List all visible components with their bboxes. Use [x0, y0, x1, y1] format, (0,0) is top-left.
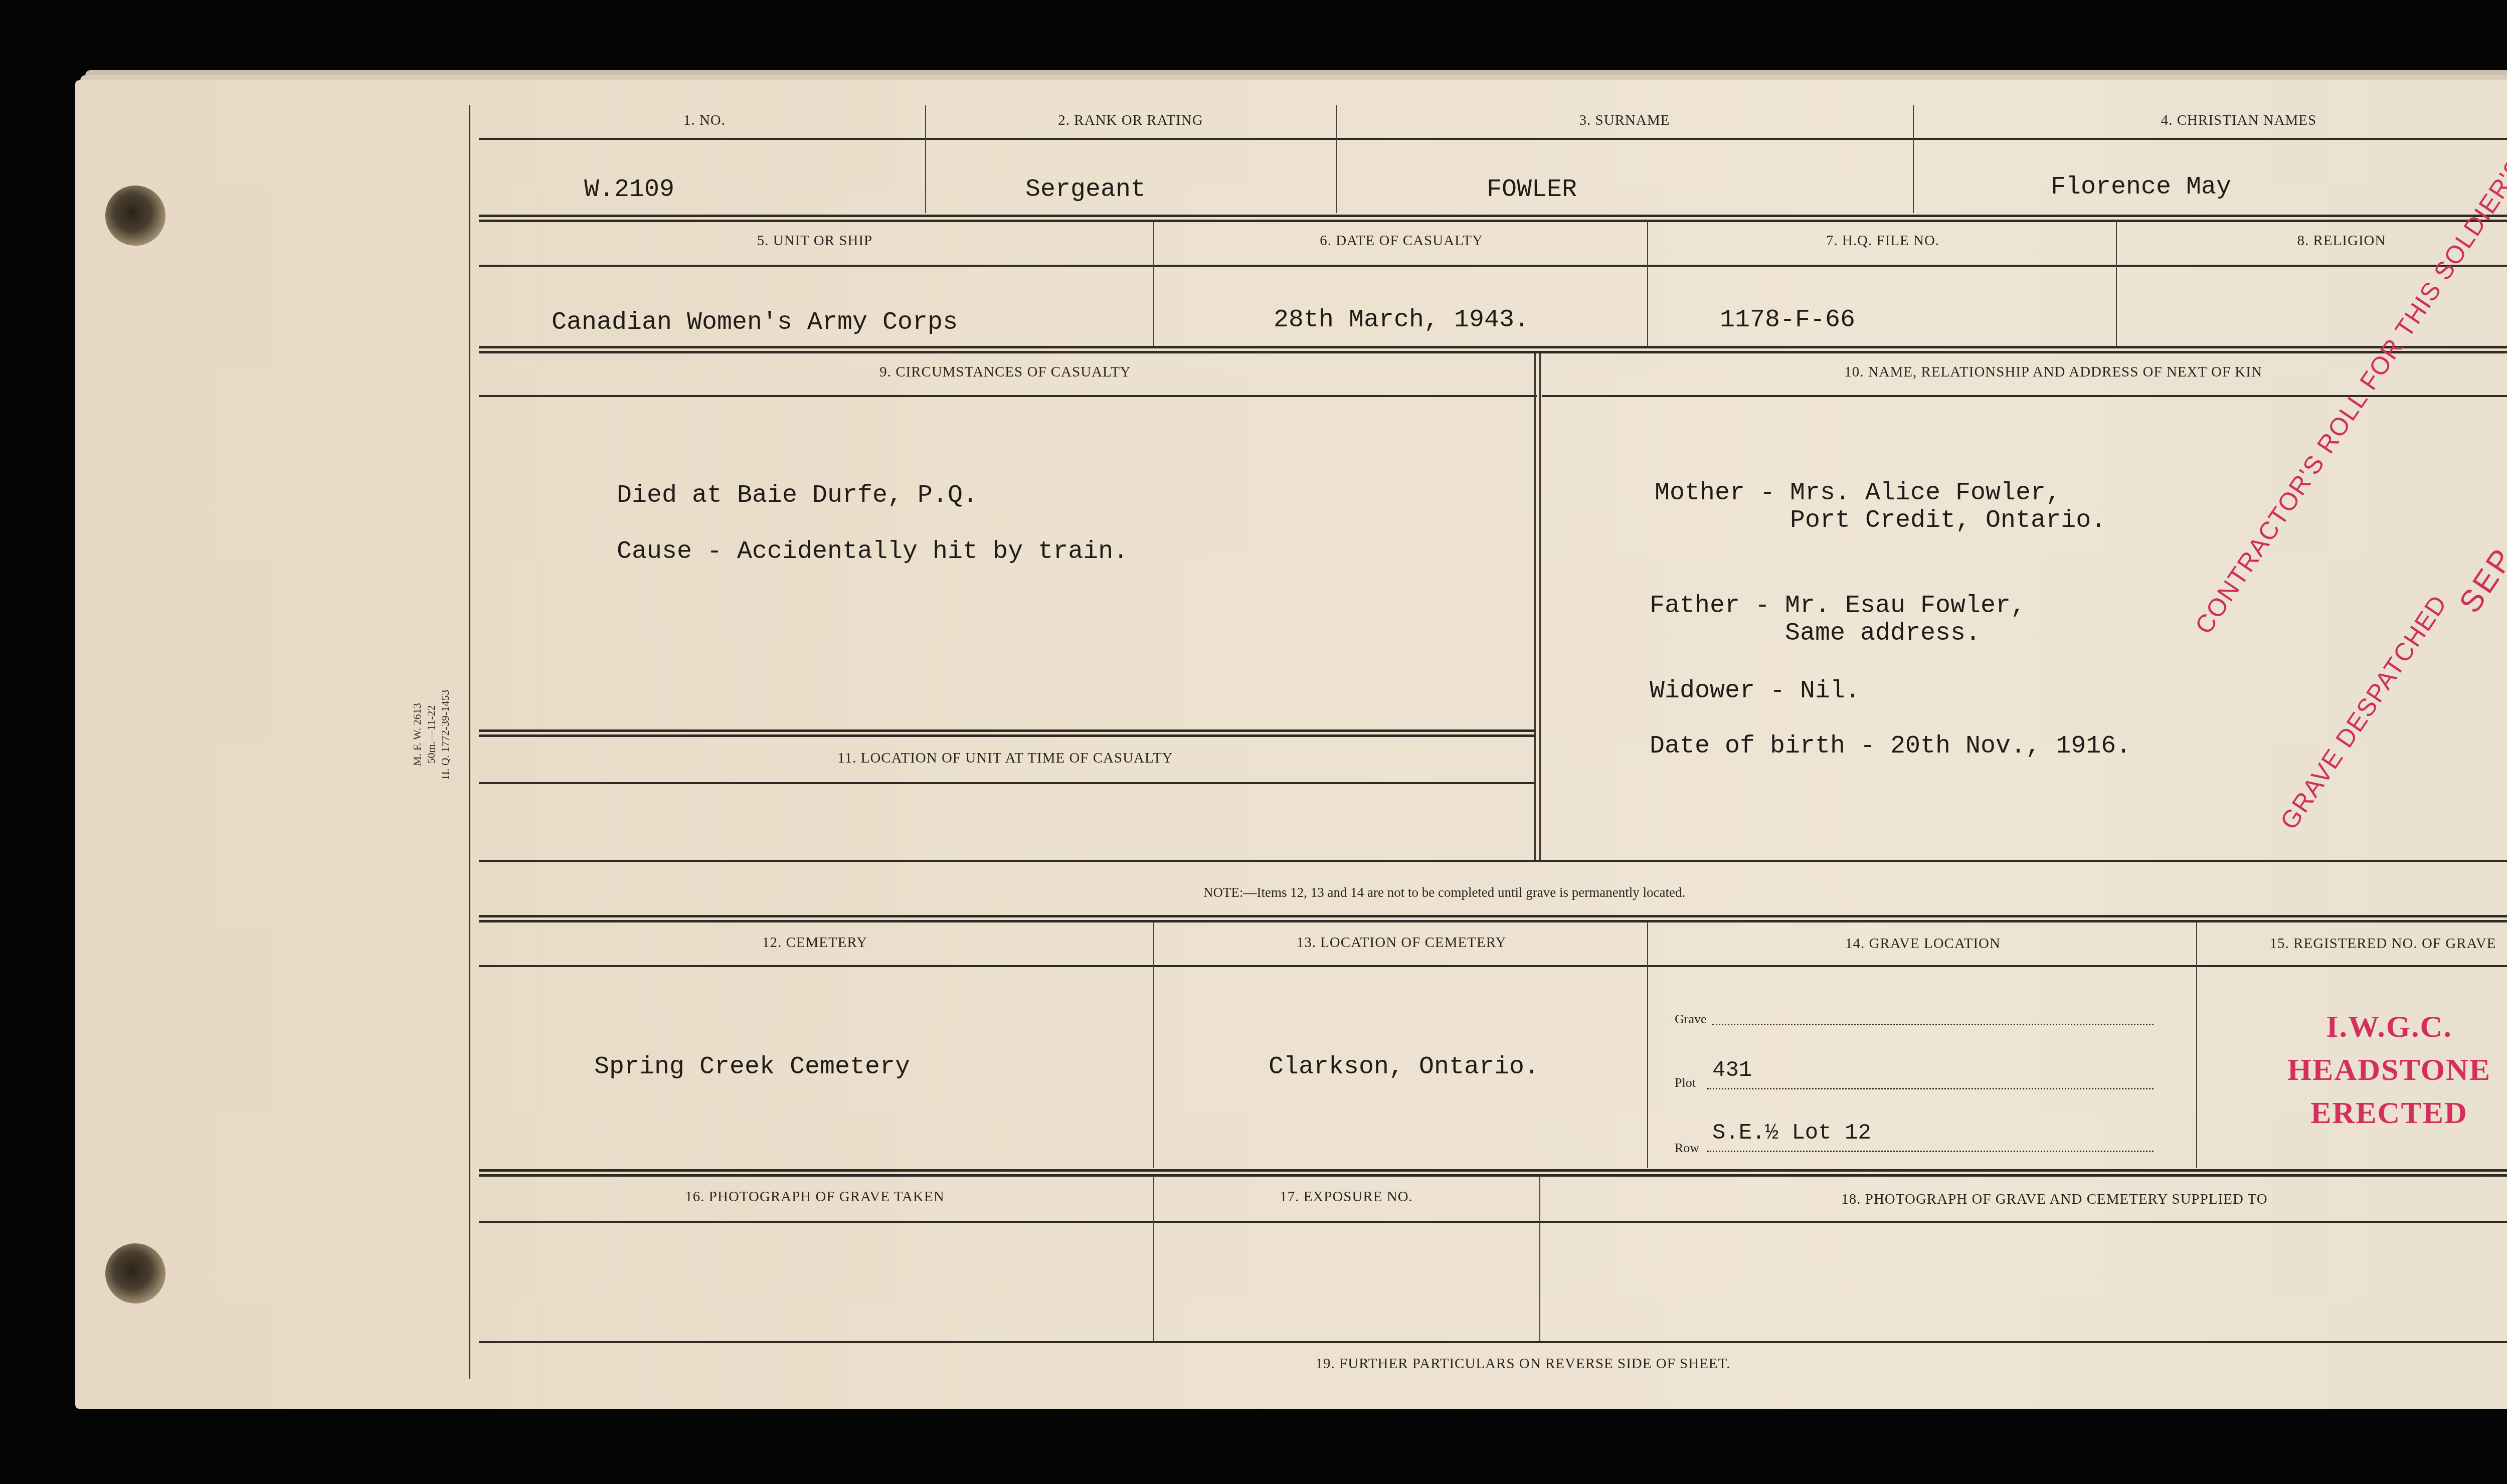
col-divider: [1913, 105, 1914, 213]
label-photograph-taken: 16. PHOTOGRAPH OF GRAVE TAKEN: [479, 1178, 1151, 1216]
label-surname: 3. SURNAME: [1336, 105, 1913, 135]
value-christian-names: Florence May: [2051, 173, 2231, 202]
divider: [479, 220, 2507, 222]
divider: [479, 1174, 2507, 1177]
divider: [479, 265, 2507, 267]
kin-line-father-address: Same address.: [1650, 619, 1981, 648]
col-divider: [1647, 922, 1648, 1168]
stamp-erected: ERECTED: [2214, 1091, 2507, 1135]
stamp-headstone: HEADSTONE: [2214, 1048, 2507, 1091]
casualty-form: 1. NO. 2. RANK OR RATING 3. SURNAME 4. C…: [469, 105, 2507, 1379]
col-divider: [2116, 221, 2117, 346]
divider: [479, 351, 2507, 353]
label-location-of-cemetery: 13. LOCATION OF CEMETERY: [1156, 925, 1647, 960]
divider: [479, 1221, 2507, 1223]
imprint-line-2: 50m.—11-22: [424, 690, 438, 779]
col-divider: [1153, 922, 1154, 1168]
divider: [479, 138, 2507, 140]
kin-line-mother: Mother - Mrs. Alice Fowler,: [1655, 479, 2061, 507]
row-value: S.E.½ Lot 12: [1712, 1121, 1871, 1146]
value-date-of-casualty: 28th March, 1943.: [1274, 306, 1529, 334]
label-exposure-no: 17. EXPOSURE NO.: [1156, 1178, 1537, 1216]
col-divider: [1153, 1176, 1154, 1341]
col-divider: [1647, 221, 1648, 346]
note-items-12-14: NOTE:—Items 12, 13 and 14 are not to be …: [1203, 885, 1685, 900]
col-divider: [1336, 105, 1337, 213]
divider: [479, 729, 1534, 732]
label-rank: 2. RANK OR RATING: [925, 105, 1336, 135]
label-registered-no: 15. REGISTERED NO. OF GRAVE: [2199, 925, 2507, 963]
divider: [479, 1341, 2507, 1343]
label-location-of-unit: 11. LOCATION OF UNIT AT TIME OF CASUALTY: [479, 739, 1532, 777]
grave-label: Grave: [1675, 1012, 1707, 1027]
iwgc-headstone-stamp: I.W.G.C. HEADSTONE ERECTED: [2214, 1005, 2507, 1135]
circumstances-line-1: Died at Baie Durfe, P.Q.: [617, 481, 978, 510]
row-line: [1707, 1151, 2154, 1152]
imprint-line-3: H. Q. 1772-39-1453: [438, 690, 452, 779]
col-divider: [1539, 1176, 1540, 1341]
col-divider: [1534, 353, 1536, 860]
label-christian-names: 4. CHRISTIAN NAMES: [1913, 105, 2507, 135]
form-left-border: [469, 105, 470, 1379]
value-unit: Canadian Women's Army Corps: [552, 308, 958, 337]
binder-hole-top-icon: [105, 185, 165, 246]
plot-value: 431: [1712, 1058, 1752, 1083]
divider: [479, 915, 2507, 917]
divider: [479, 965, 2507, 967]
divider: [479, 1169, 2507, 1172]
col-divider: [1539, 353, 1541, 860]
plot-label: Plot: [1675, 1075, 1696, 1090]
divider: [479, 215, 2507, 217]
label-cemetery: 12. CEMETERY: [479, 925, 1151, 960]
kin-line-date-of-birth: Date of birth - 20th Nov., 1916.: [1650, 732, 2131, 761]
col-divider: [925, 105, 926, 213]
binder-hole-bottom-icon: [105, 1243, 165, 1304]
divider: [479, 860, 2507, 862]
value-cemetery: Spring Creek Cemetery: [594, 1053, 910, 1081]
col-divider: [2196, 922, 2197, 1168]
label-further-particulars: 19. FURTHER PARTICULARS ON REVERSE SIDE …: [479, 1349, 2507, 1379]
grave-line: [1712, 1024, 2154, 1025]
label-photograph-supplied: 18. PHOTOGRAPH OF GRAVE AND CEMETERY SUP…: [1542, 1181, 2507, 1218]
label-hq-file-no: 7. H.Q. FILE NO.: [1647, 223, 2118, 258]
form-imprint: M. F. W. 2613 50m.—11-22 H. Q. 1772-39-1…: [391, 652, 471, 817]
value-rank: Sergeant: [1025, 175, 1146, 204]
label-grave-location: 14. GRAVE LOCATION: [1650, 925, 2196, 963]
value-location-of-cemetery: Clarkson, Ontario.: [1269, 1053, 1539, 1081]
label-circumstances: 9. CIRCUMSTANCES OF CASUALTY: [479, 356, 1532, 389]
value-surname: FOWLER: [1487, 175, 1577, 204]
label-date-of-casualty: 6. DATE OF CASUALTY: [1156, 223, 1647, 258]
divider: [479, 782, 1534, 784]
kin-line-widower: Widower - Nil.: [1650, 677, 1860, 705]
imprint-line-1: M. F. W. 2613: [410, 690, 424, 779]
plot-line: [1707, 1088, 2154, 1089]
circumstances-line-2: Cause - Accidentally hit by train.: [617, 537, 1128, 566]
divider: [479, 346, 2507, 348]
value-no: W.2109: [584, 175, 674, 204]
divider: [479, 395, 1537, 397]
kin-line-father: Father - Mr. Esau Fowler,: [1650, 592, 2026, 620]
value-hq-file-no: 1178-F-66: [1720, 306, 1855, 334]
divider: [479, 920, 2507, 922]
stamp-iwgc: I.W.G.C.: [2214, 1005, 2507, 1048]
kin-line-mother-address: Port Credit, Ontario.: [1655, 506, 2106, 535]
label-unit: 5. UNIT OR SHIP: [479, 223, 1151, 258]
row-label: Row: [1675, 1141, 1699, 1156]
divider: [479, 734, 1534, 737]
col-divider: [1153, 221, 1154, 346]
label-no: 1. NO.: [479, 105, 930, 135]
